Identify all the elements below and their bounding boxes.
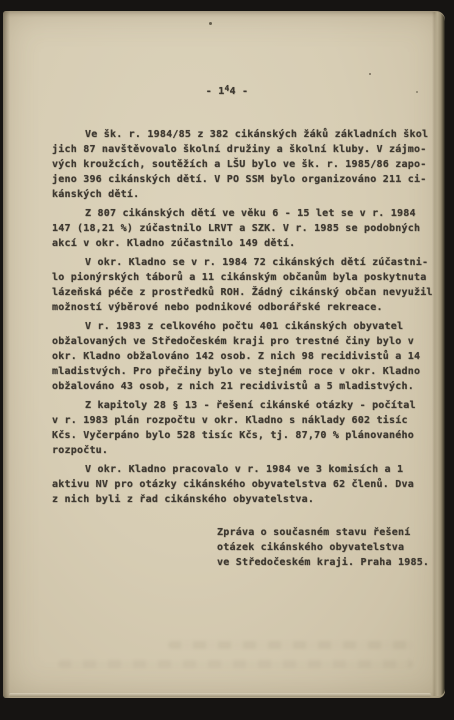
citation-line: Zpráva o současném stavu řešení	[217, 525, 429, 540]
paper-speck	[369, 73, 371, 75]
text-line: 147 (18,21 %) zúčastnilo LRVT a SZK. V r…	[52, 221, 432, 236]
page-number: - 144 -	[39, 84, 415, 99]
paragraph: V okr. Kladno pracovalo v r. 1984 ve 3 k…	[52, 462, 432, 507]
text-line: rozpočtu.	[52, 443, 432, 458]
text-line: z nich byli z řad cikánského obyvatelstv…	[52, 492, 432, 507]
text-line: lo pionýrských táborů a 11 cikánským obč…	[52, 270, 432, 285]
text-line: V okr. Kladno pracovalo v r. 1984 ve 3 k…	[52, 462, 432, 477]
page-number-raised-digit: 4	[224, 84, 229, 93]
text-line: obžalováno 43 osob, z nich 21 recidivist…	[52, 379, 432, 394]
text-line: vých kroužcích, soutěžích a LŠU bylo ve …	[52, 157, 432, 172]
paragraph: Ve šk. r. 1984/85 z 382 cikánských žáků …	[52, 127, 432, 202]
citation-line: otázek cikánského obyvatelstva	[217, 540, 429, 555]
paragraph: Z kapitoly 28 § 13 - řešení cikánské otá…	[52, 398, 432, 458]
page-bottom-edge	[9, 693, 431, 697]
paper-speck	[209, 22, 212, 25]
text-line: obžalovaných ve Středočeském kraji pro t…	[52, 334, 432, 349]
text-line: aktivu NV pro otázky cikánského obyvatel…	[52, 477, 432, 492]
text-line: jich 87 navštěvovalo školní družiny a šk…	[52, 142, 432, 157]
text-line: jeno 396 cikánských dětí. V PO SSM bylo …	[52, 172, 432, 187]
text-line: V r. 1983 z celkového počtu 401 cikánský…	[52, 319, 432, 334]
text-line: Z kapitoly 28 § 13 - řešení cikánské otá…	[52, 398, 432, 413]
text-line: Ve šk. r. 1984/85 z 382 cikánských žáků …	[52, 127, 432, 142]
paragraph: V okr. Kladno se v r. 1984 72 cikánských…	[52, 255, 432, 315]
paragraph: Z 807 cikánských dětí ve věku 6 - 15 let…	[52, 206, 432, 251]
bleed-through-smudge	[58, 660, 413, 668]
page-scan: - 144 - Ve šk. r. 1984/85 z 382 cikánský…	[3, 11, 445, 698]
text-line: v r. 1983 plán rozpočtu v okr. Kladno s …	[52, 413, 432, 428]
text-line: Kčs. Vyčerpáno bylo 528 tisíc Kčs, tj. 8…	[52, 428, 432, 443]
text-line: V okr. Kladno se v r. 1984 72 cikánských…	[52, 255, 432, 270]
citation-block: Zpráva o současném stavu řešení otázek c…	[217, 525, 429, 570]
text-line: kánských dětí.	[52, 187, 432, 202]
citation-line: ve Středočeském kraji. Praha 1985.	[217, 555, 429, 570]
scanned-book-photo: - 144 - Ve šk. r. 1984/85 z 382 cikánský…	[0, 0, 454, 720]
text-line: akcí v okr. Kladno zúčastnilo 149 dětí.	[52, 236, 432, 251]
paragraph: V r. 1983 z celkového počtu 401 cikánský…	[52, 319, 432, 394]
text-block: Ve šk. r. 1984/85 z 382 cikánských žáků …	[52, 127, 432, 511]
page-number-suffix: 4 -	[230, 86, 249, 97]
text-line: Z 807 cikánských dětí ve věku 6 - 15 let…	[52, 206, 432, 221]
bleed-through-smudge	[168, 641, 413, 649]
text-line: okr. Kladno obžalováno 142 osob. Z nich …	[52, 349, 432, 364]
page-number-prefix: - 1	[206, 86, 225, 97]
text-line: mladistvých. Pro přečiny bylo ve stejném…	[52, 364, 432, 379]
text-line: lázeňská péče z prostředků ROH. Žádný ci…	[52, 285, 432, 300]
text-line: možností výběrové nebo podnikové odborář…	[52, 300, 432, 315]
paper-speck	[416, 91, 418, 93]
